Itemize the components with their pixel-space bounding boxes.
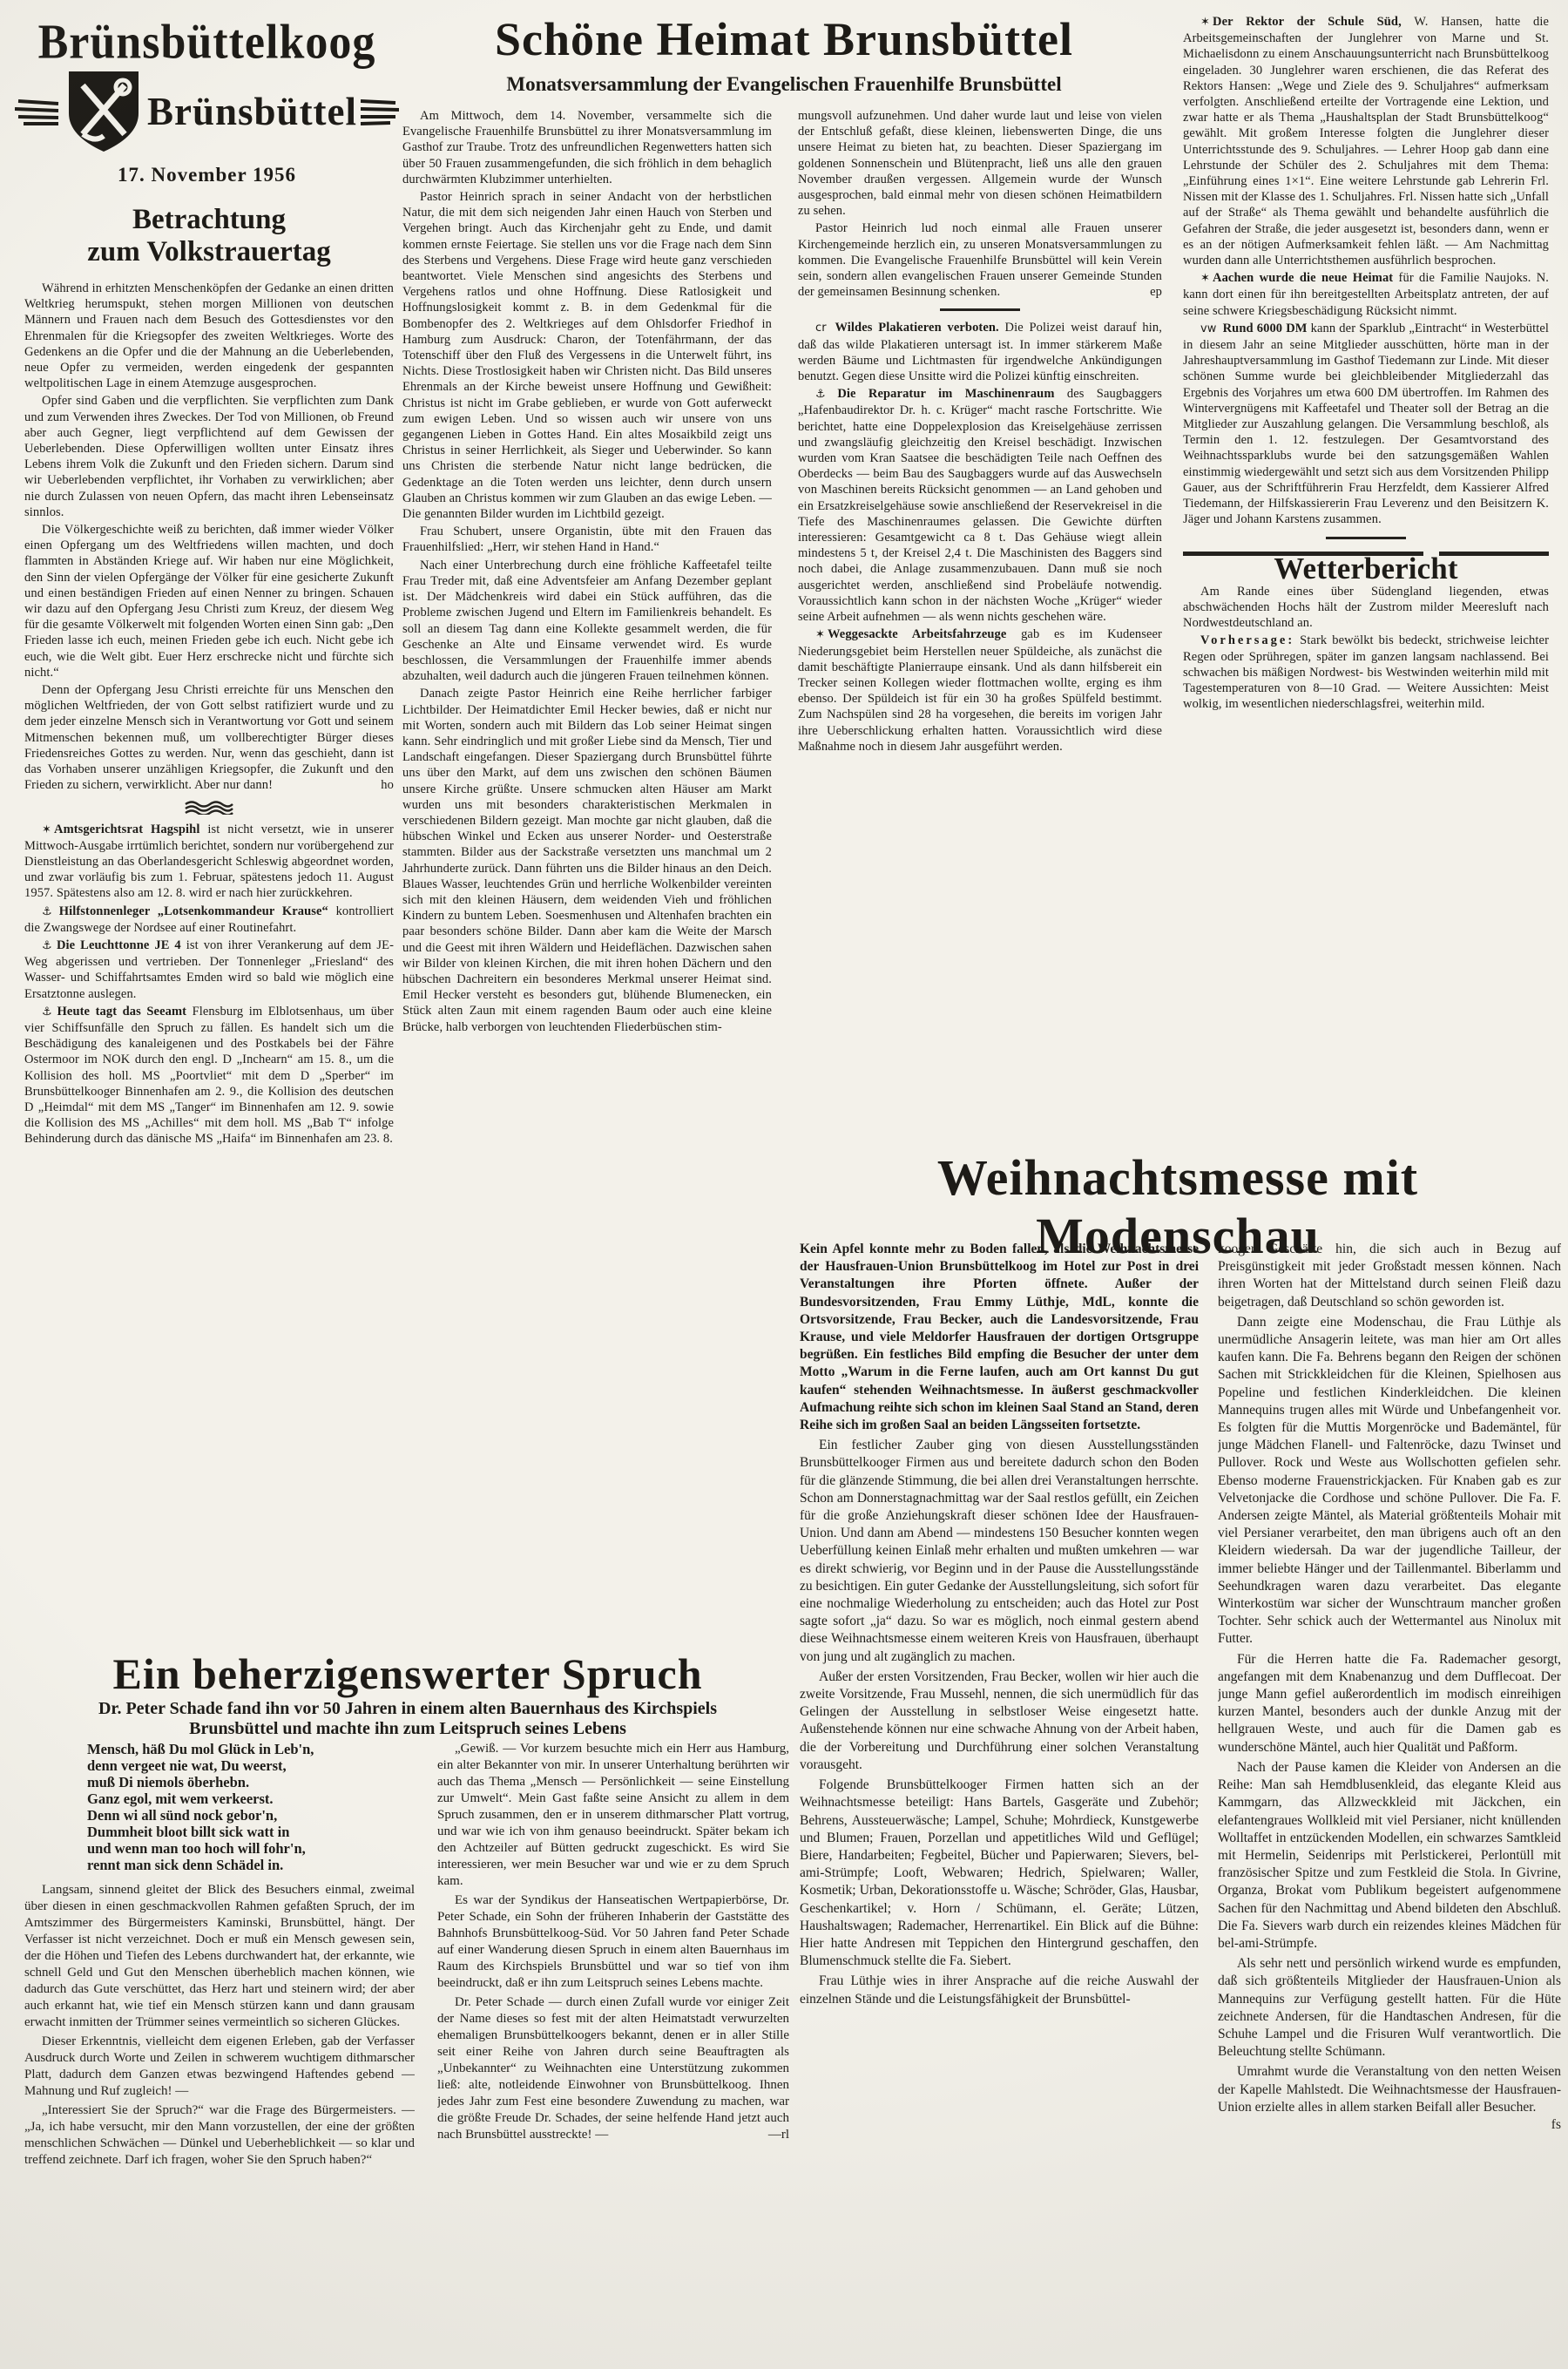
verse-line: Ganz egol, mit wem verkeerst. [87, 1790, 415, 1807]
city-crest-icon [64, 68, 144, 155]
heimat-column-2: mungsvoll aufzunehmen. Und daher wurde l… [798, 108, 1162, 1145]
verse-line: denn vergeet nie wat, Du weerst, [87, 1757, 415, 1774]
wavy-divider [184, 801, 234, 815]
betrachtung-heading-line2: zum Volkstrauertag [24, 236, 394, 268]
weihnachtsmesse-lead: Kein Apfel konnte mehr zu Boden fallen, … [800, 1241, 1199, 1434]
spruch-paragraph: Dieser Erkenntnis, vielleicht dem eigene… [24, 2034, 415, 2100]
news-item-text: gab es im Kudenseer Niederungsgebiet bei… [798, 627, 1162, 753]
verse-line: Dummheit bloot billt sick watt in [87, 1824, 415, 1840]
author-initials: ep [1124, 284, 1162, 300]
betrachtung-paragraph-text: Denn der Opfergang Jesu Christi erreicht… [24, 683, 394, 792]
correspondent-code: cr [815, 322, 829, 335]
heimat-paragraph-text: Pastor Heinrich lud noch einmal alle Fra… [798, 221, 1162, 299]
weihnachtsmesse-paragraph-text: Umrahmt wurde die Veranstaltung von den … [1218, 2064, 1561, 2114]
betrachtung-paragraph: Opfer sind Gaben und die verpflichten. S… [24, 393, 394, 520]
weihnachtsmesse-paragraph: kooger Geschäfte hin, die sich auch in B… [1218, 1241, 1561, 1311]
flourish-right-icon [361, 94, 399, 129]
spruch-subtitle: Dr. Peter Schade fand ihn vor 50 Jahren … [65, 1699, 750, 1739]
news-item-text: Flensburg im Elblotsenhaus, um über vier… [24, 1005, 394, 1147]
masthead-title-line1: Brünsbüttelkoog [30, 17, 383, 68]
news-item-lead: Aachen wurde die neue Heimat [1213, 271, 1393, 285]
betrachtung-article: Während in erhitzten Menschenköpfen der … [24, 281, 394, 1647]
weihnachtsmesse-paragraph: Folgende Brunsbüttelkooger Firmen hatten… [800, 1777, 1199, 1970]
heimat-headline: Schöne Heimat Brunsbüttel [401, 12, 1167, 66]
spruch-verse: Mensch, häß Du mol Glück in Leb'n, denn … [24, 1741, 415, 1873]
news-item: cr Wildes Plakatieren verboten. Die Poli… [798, 320, 1162, 384]
weihnachtsmesse-paragraph: Ein festlicher Zauber ging von diesen Au… [800, 1437, 1199, 1666]
star-marker-icon: ✶ [1200, 272, 1213, 285]
spruch-paragraph: „Interessiert Sie der Spruch?“ war die F… [24, 2102, 415, 2169]
anchor-marker-icon: ⚓ [42, 905, 59, 918]
heimat-paragraph: Pastor Heinrich sprach in seiner Andacht… [402, 189, 772, 522]
weihnachtsmesse-paragraph: Umrahmt wurde die Veranstaltung von den … [1218, 2063, 1561, 2116]
betrachtung-paragraph: Während in erhitzten Menschenköpfen der … [24, 281, 394, 391]
star-marker-icon: ✶ [42, 823, 54, 836]
news-item: ✶Aachen wurde die neue Heimat für die Fa… [1183, 270, 1549, 319]
news-item-lead: Hilfstonnenleger „Lotsenkommandeur Kraus… [59, 904, 328, 918]
weihnachtsmesse-paragraph: Für die Herren hatte die Fa. Rademacher … [1218, 1651, 1561, 1756]
correspondent-code: vw [1200, 322, 1220, 335]
news-item: ✶Weggesackte Arbeitsfahrzeuge gab es im … [798, 626, 1162, 755]
verse-line: Denn wi all sünd nock gebor'n, [87, 1807, 415, 1824]
spruch-paragraph-text: Dr. Peter Schade — durch einen Zufall wu… [437, 1995, 789, 2142]
weihnachtsmesse-column-1: Kein Apfel konnte mehr zu Boden fallen, … [800, 1241, 1199, 2361]
news-item-lead: Der Rektor der Schule Süd, [1213, 15, 1402, 29]
heimat-paragraph: mungsvoll aufzunehmen. Und daher wurde l… [798, 108, 1162, 219]
weihnachtsmesse-paragraph: Dann zeigte eine Modenschau, die Frau Lü… [1218, 1314, 1561, 1648]
news-item-text: kann der Sparklub „Eintracht“ in Westerb… [1183, 322, 1549, 526]
wetterbericht-intro: Am Rande eines über Südengland liegenden… [1183, 584, 1549, 632]
news-item: ✶Der Rektor der Schule Süd, W. Hansen, h… [1183, 14, 1549, 268]
star-marker-icon: ✶ [815, 628, 828, 641]
author-initials: ho [355, 777, 394, 793]
newspaper-page: Brünsbüttelkoog [0, 0, 1568, 2369]
item-divider [1326, 537, 1406, 539]
weihnachtsmesse-paragraph: Als sehr nett und persönlich wirkend wur… [1218, 1955, 1561, 2061]
news-item-lead: Die Reparatur im Maschinenraum [837, 387, 1054, 401]
verse-line: Mensch, häß Du mol Glück in Leb'n, [87, 1741, 415, 1757]
vorhersage-label: Vorhersage: [1200, 633, 1294, 647]
heimat-paragraph: Pastor Heinrich lud noch einmal alle Fra… [798, 220, 1162, 300]
wetterbericht-heading: Wetterbericht [1183, 561, 1549, 577]
right-column: ✶Der Rektor der Schule Süd, W. Hansen, h… [1183, 14, 1549, 1147]
weihnachtsmesse-paragraph: Außer der ersten Vorsitzenden, Frau Beck… [800, 1668, 1199, 1774]
anchor-marker-icon: ⚓ [42, 939, 57, 952]
spruch-headline: Ein beherzigenswerter Spruch [26, 1648, 789, 1699]
news-item: ⚓Die Leuchttonne JE 4 ist von ihrer Vera… [24, 937, 394, 1002]
issue-date: 17. November 1956 [30, 164, 383, 186]
news-item-text: W. Hansen, hatte die Arbeitsgemeinschaft… [1183, 15, 1549, 267]
spruch-paragraph: Es war der Syndikus der Hanseatischen We… [437, 1892, 789, 1992]
spruch-column-1: Mensch, häß Du mol Glück in Leb'n, denn … [24, 1741, 415, 2361]
news-item: ⚓Hilfstonnenleger „Lotsenkommandeur Krau… [24, 904, 394, 936]
betrachtung-paragraph: Die Völkergeschichte weiß zu berichten, … [24, 522, 394, 680]
betrachtung-paragraph: Denn der Opfergang Jesu Christi erreicht… [24, 682, 394, 793]
weihnachtsmesse-paragraph: Frau Lüthje wies in ihrer Ansprache auf … [800, 1973, 1199, 2007]
wetterbericht-forecast: Vorhersage: Stark bewölkt bis bedeckt, s… [1183, 633, 1549, 712]
heimat-column-1: Am Mittwoch, dem 14. November, versammel… [402, 108, 772, 1647]
news-item: ⚓Heute tagt das Seeamt Flensburg im Elbl… [24, 1004, 394, 1147]
weihnachtsmesse-column-2: kooger Geschäfte hin, die sich auch in B… [1218, 1241, 1561, 2361]
heimat-paragraph: Frau Schubert, unsere Organistin, übte m… [402, 524, 772, 555]
star-marker-icon: ✶ [1200, 16, 1213, 29]
news-item-lead: Wildes Plakatieren verboten. [835, 321, 998, 335]
news-item-lead: Rund 6000 DM [1223, 322, 1308, 335]
spruch-column-2: „Gewiß. — Vor kurzem besuchte mich ein H… [437, 1741, 789, 2361]
heimat-paragraph: Danach zeigte Pastor Heinrich eine Reihe… [402, 686, 772, 1034]
anchor-marker-icon: ⚓ [815, 388, 837, 401]
betrachtung-heading-line1: Betrachtung [24, 204, 394, 236]
news-item-lead: Weggesackte Arbeitsfahrzeuge [828, 627, 1006, 641]
flourish-left-icon [15, 94, 60, 129]
news-item-lead: Heute tagt das Seeamt [57, 1005, 187, 1019]
weihnachtsmesse-paragraph: Nach der Pause kamen die Kleider von And… [1218, 1759, 1561, 1953]
author-initials: —rl [742, 2127, 789, 2143]
masthead: Brünsbüttelkoog [30, 19, 383, 186]
verse-line: muß Di niemols öberhebn. [87, 1774, 415, 1790]
news-item-text: des Saugbaggers „Hafenbaudirektor Dr. h.… [798, 387, 1162, 624]
author-initials: fs [1524, 2116, 1561, 2134]
spruch-paragraph: Langsam, sinnend gleitet der Blick des B… [24, 1882, 415, 2031]
verse-line: rennt man sick denn Schädel in. [87, 1857, 415, 1873]
heimat-paragraph: Nach einer Unterbrechung durch eine fröh… [402, 558, 772, 685]
verse-line: und wenn man too hoch will fohr'n, [87, 1840, 415, 1857]
news-item-lead: Die Leuchttonne JE 4 [57, 938, 181, 952]
spruch-paragraph: Dr. Peter Schade — durch einen Zufall wu… [437, 1994, 789, 2143]
betrachtung-heading: Betrachtung zum Volkstrauertag [24, 204, 394, 268]
news-item: ✶Amtsgerichtsrat Hagspihl ist nicht vers… [24, 822, 394, 902]
anchor-marker-icon: ⚓ [42, 1005, 57, 1019]
heimat-paragraph: Am Mittwoch, dem 14. November, versammel… [402, 108, 772, 187]
masthead-title-line2: Brünsbüttel [147, 89, 357, 134]
news-item: ⚓Die Reparatur im Maschinenraum des Saug… [798, 386, 1162, 625]
item-divider [940, 308, 1020, 311]
news-item: vw Rund 6000 DM kann der Sparklub „Eintr… [1183, 321, 1549, 528]
heimat-subhead: Monatsversammlung der Evangelischen Frau… [401, 73, 1167, 96]
news-item-lead: Amtsgerichtsrat Hagspihl [54, 822, 199, 836]
spruch-paragraph: „Gewiß. — Vor kurzem besuchte mich ein H… [437, 1741, 789, 1890]
